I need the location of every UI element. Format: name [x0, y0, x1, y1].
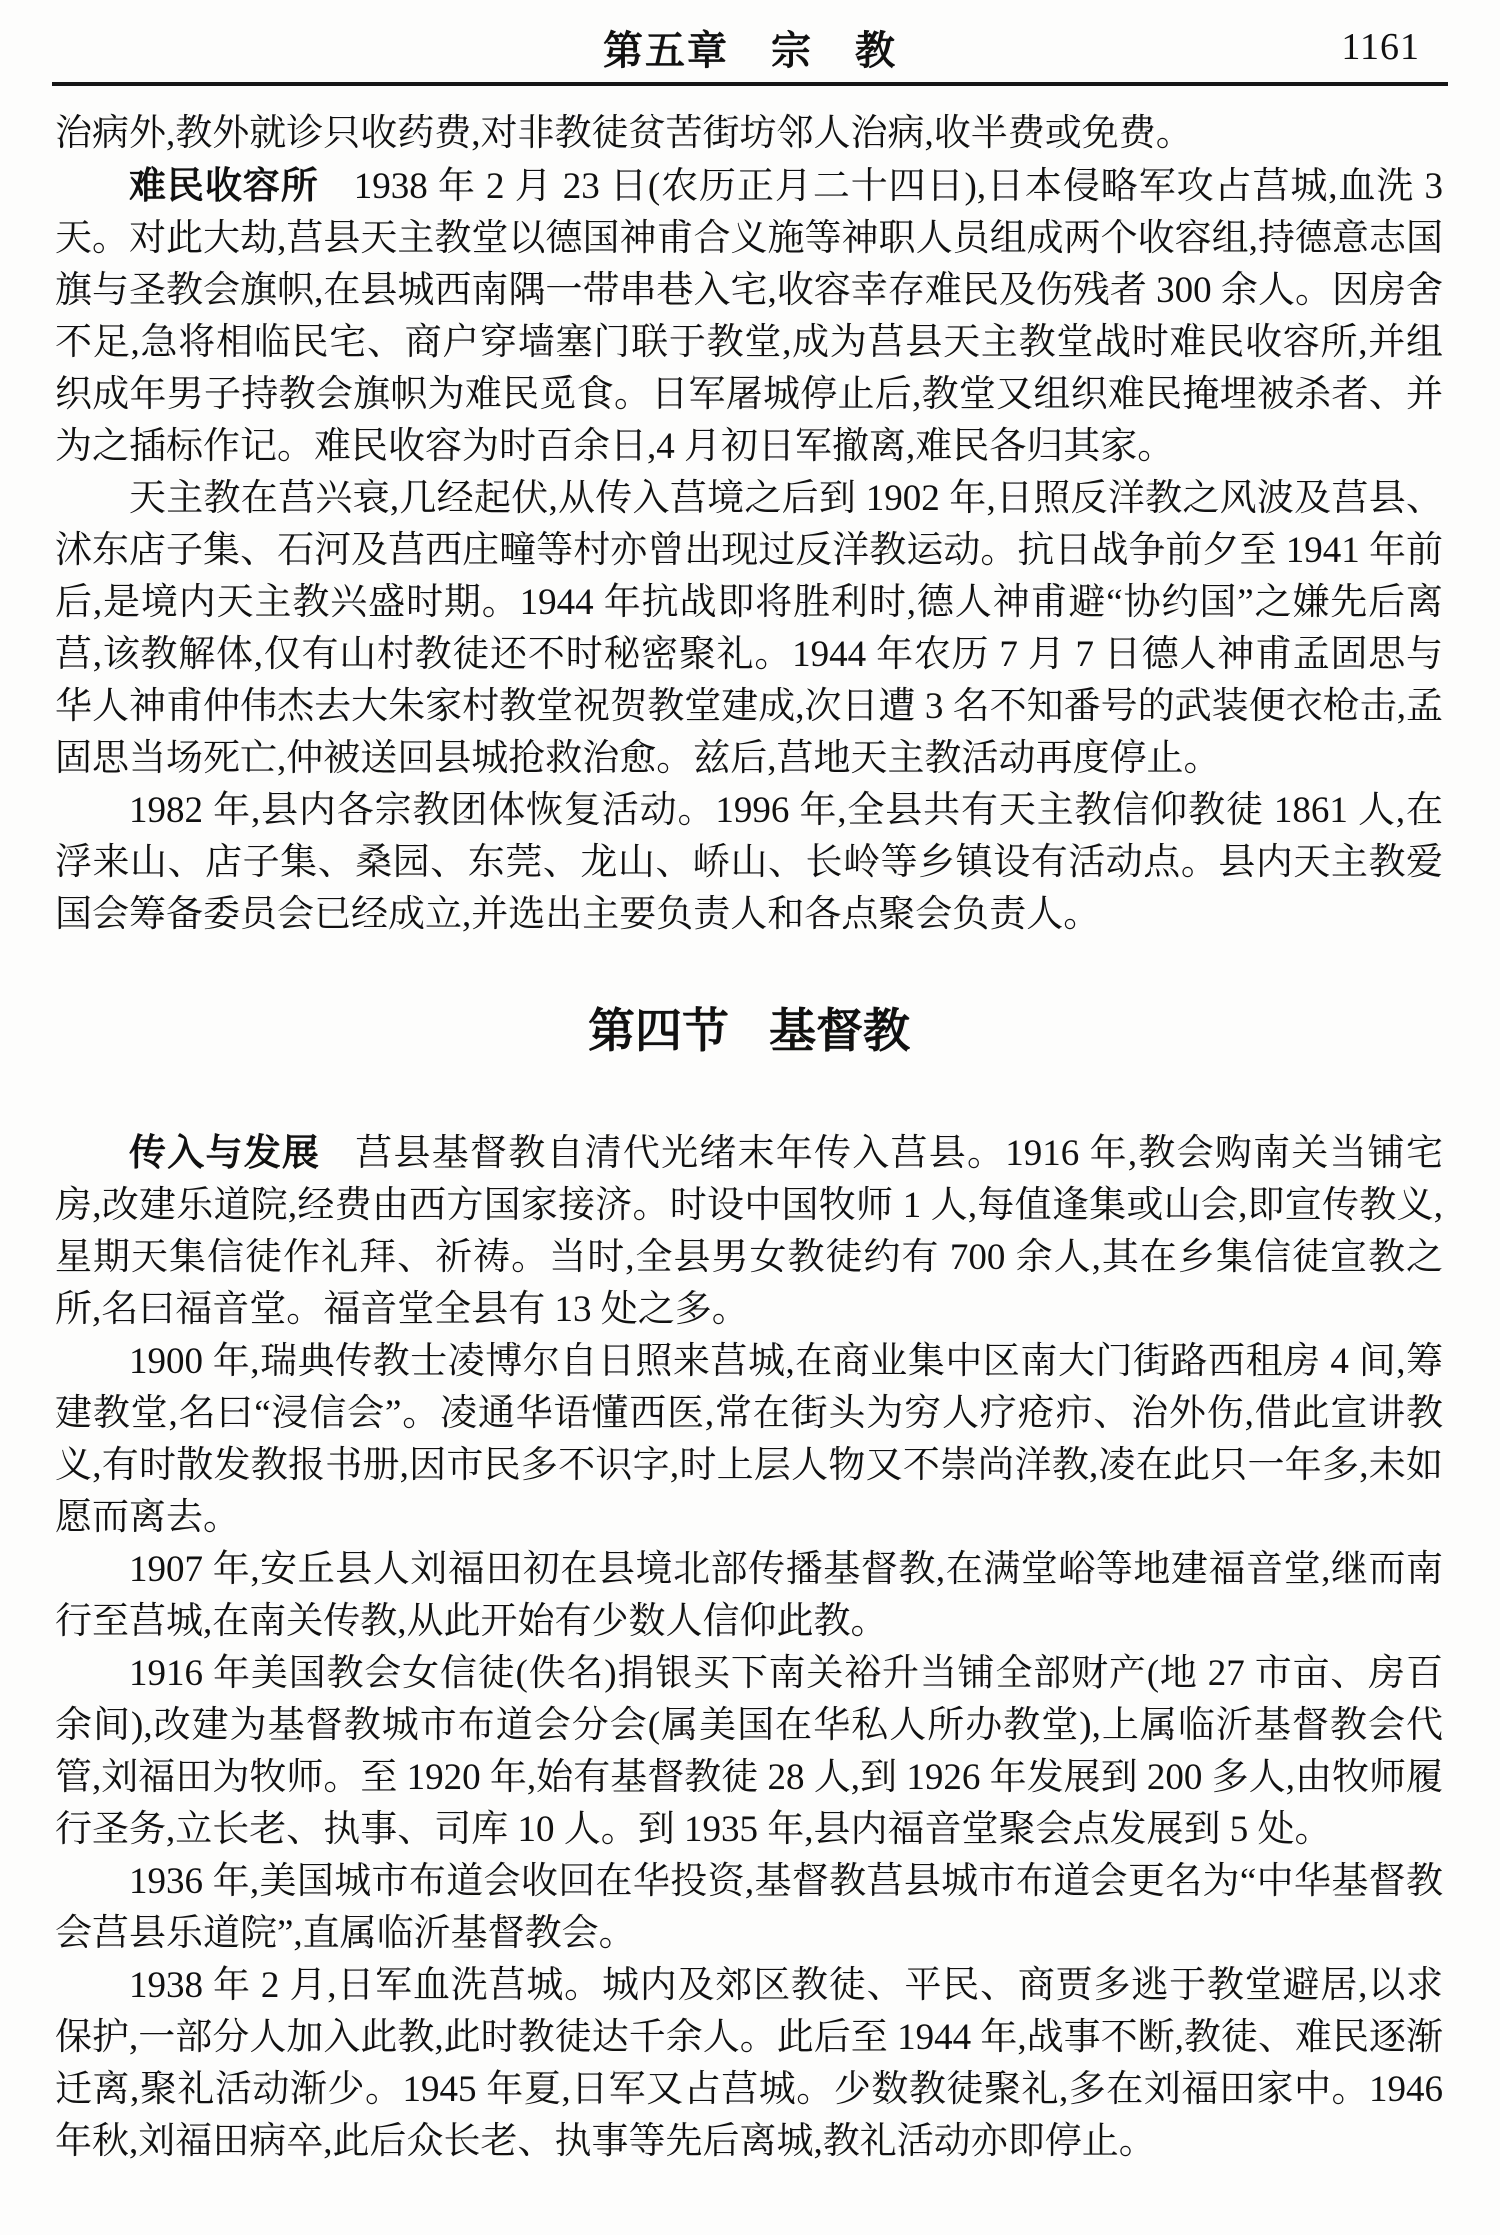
paragraph: 天主教在莒兴衰,几经起伏,从传入莒境之后到 1902 年,日照反洋教之风波及莒县… — [55, 473, 1443, 785]
run-in-heading: 传入与发展 — [129, 1132, 320, 1173]
paragraph: 1982 年,县内各宗教团体恢复活动。1996 年,全县共有天主教信仰教徒 18… — [55, 785, 1443, 941]
section-number: 第四节 — [588, 1006, 729, 1058]
paragraph: 1938 年 2 月,日军血洗莒城。城内及郊区教徒、平民、商贾多逃于教堂避居,以… — [55, 1960, 1443, 2168]
paragraph: 治病外,教外就诊只收药费,对非教徒贫苦街坊邻人治病,收半费或免费。 — [55, 108, 1443, 160]
christianity-section-paragraphs: 传入与发展莒县基督教自清代光绪末年传入莒县。1916 年,教会购南关当铺宅房,改… — [55, 1127, 1443, 2168]
page-number: 1161 — [1341, 22, 1420, 72]
paragraph: 1916 年美国教会女信徒(佚名)捐银买下南关裕升当铺全部财产(地 27 市亩、… — [55, 1648, 1443, 1856]
header-rule — [52, 82, 1448, 86]
paragraph: 1936 年,美国城市布道会收回在华投资,基督教莒县城市布道会更名为“中华基督教… — [55, 1856, 1443, 1960]
scanned-book-page: 第五章 宗 教 1161 治病外,教外就诊只收药费,对非教徒贫苦街坊邻人治病,收… — [0, 0, 1500, 2235]
catholicism-section-paragraphs: 治病外,教外就诊只收药费,对非教徒贫苦街坊邻人治病,收半费或免费。难民收容所19… — [55, 108, 1443, 941]
paragraph: 1907 年,安丘县人刘福田初在县境北部传播基督教,在满堂峪等地建福音堂,继而南… — [55, 1544, 1443, 1648]
section-heading: 第四节基督教 — [55, 1003, 1443, 1061]
page-header: 第五章 宗 教 1161 — [52, 0, 1448, 78]
paragraph: 传入与发展莒县基督教自清代光绪末年传入莒县。1916 年,教会购南关当铺宅房,改… — [55, 1127, 1443, 1336]
paragraph: 难民收容所1938 年 2 月 23 日(农历正月二十四日),日本侵略军攻占莒城… — [55, 160, 1443, 473]
paragraph: 1900 年,瑞典传教士凌博尔自日照来莒城,在商业集中区南大门街路西租房 4 间… — [55, 1336, 1443, 1544]
section-title: 基督教 — [769, 1006, 910, 1058]
page-body: 治病外,教外就诊只收药费,对非教徒贫苦街坊邻人治病,收半费或免费。难民收容所19… — [55, 108, 1443, 2168]
chapter-title: 第五章 宗 教 — [52, 26, 1448, 76]
run-in-heading: 难民收容所 — [129, 165, 319, 206]
